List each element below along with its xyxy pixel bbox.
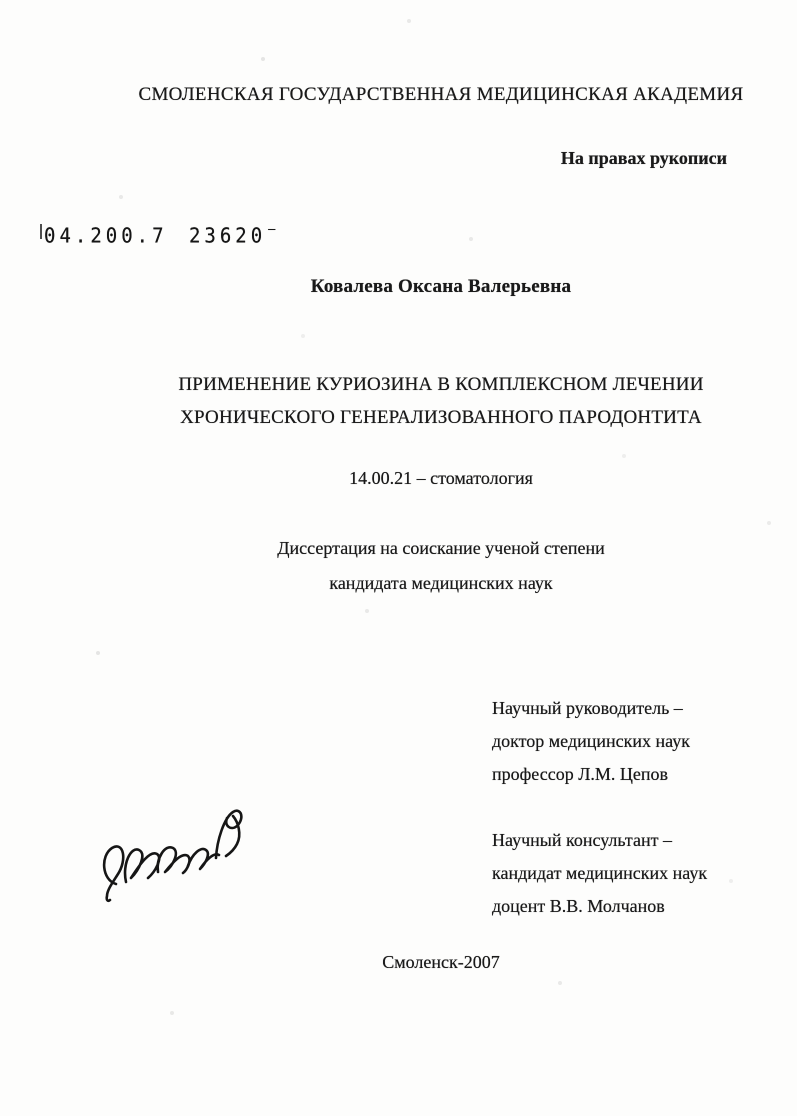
supervisor-degree: доктор медицинских наук	[492, 725, 690, 758]
supervisor-block: Научный руководитель – доктор медицински…	[492, 692, 690, 791]
consultant-role: Научный консультант –	[492, 824, 707, 857]
scan-dust	[0, 0, 2, 2]
author-name: Ковалева Оксана Валерьевна	[85, 276, 797, 298]
degree-statement-line-1: Диссертация на соискание ученой степени	[85, 538, 797, 559]
dissertation-title-line-2: ХРОНИЧЕСКОГО ГЕНЕРАЛИЗОВАННОГО ПАРОДОНТИ…	[85, 407, 797, 429]
catalog-stamp-number: 04.200.7 23620	[44, 224, 266, 248]
consultant-block: Научный консультант – кандидат медицинск…	[492, 824, 707, 923]
consultant-degree: кандидат медицинских наук	[492, 857, 707, 890]
supervisor-role: Научный руководитель –	[492, 692, 690, 725]
stamp-edge-mark	[40, 224, 42, 239]
institution-header: СМОЛЕНСКАЯ ГОСУДАРСТВЕННАЯ МЕДИЦИНСКАЯ А…	[85, 84, 797, 106]
catalog-stamp-mark: –	[268, 221, 275, 236]
catalog-stamp: 04.200.7 23620–	[44, 221, 275, 248]
handwritten-signature	[86, 760, 256, 910]
signature-icon	[86, 760, 256, 910]
degree-statement-line-2: кандидата медицинских наук	[85, 573, 797, 594]
city-and-year: Смоленск-2007	[85, 952, 797, 973]
specialty-code: 14.00.21 – стоматология	[85, 468, 797, 489]
document-page: СМОЛЕНСКАЯ ГОСУДАРСТВЕННАЯ МЕДИЦИНСКАЯ А…	[0, 0, 797, 1116]
dissertation-title-line-1: ПРИМЕНЕНИЕ КУРИОЗИНА В КОМПЛЕКСНОМ ЛЕЧЕН…	[85, 374, 797, 396]
consultant-name: доцент В.В. Молчанов	[492, 890, 707, 923]
supervisor-name: профессор Л.М. Цепов	[492, 758, 690, 791]
manuscript-rights-note: На правах рукописи	[561, 148, 727, 169]
